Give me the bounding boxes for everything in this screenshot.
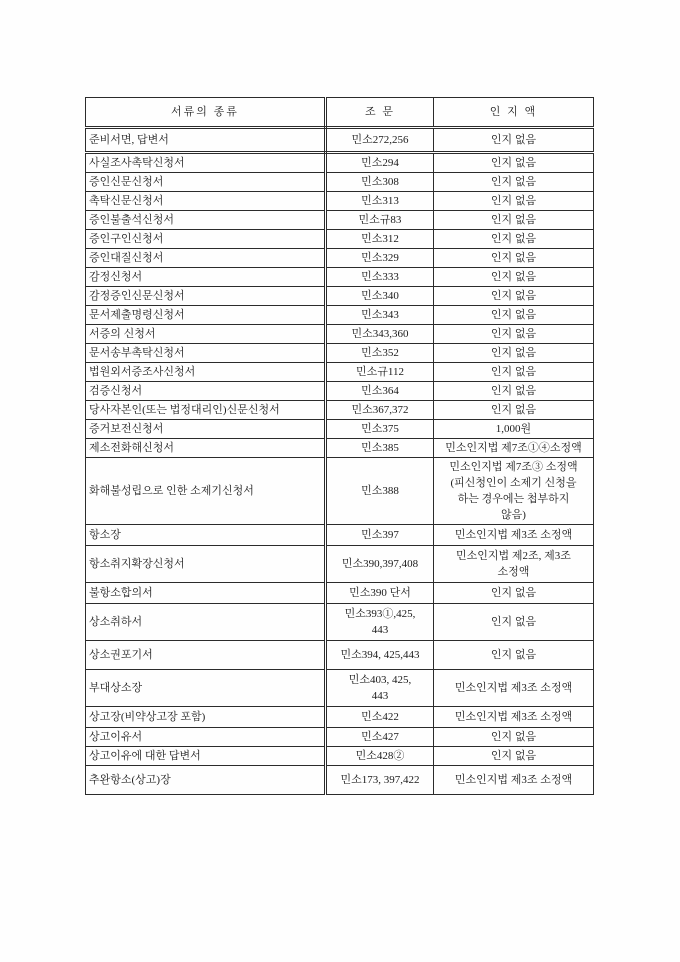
stamp-fee-cell: 인지 없음	[434, 728, 594, 747]
stamp-fee-cell: 민소인지법 제3조 소정액	[434, 525, 594, 546]
stamp-fee-cell: 민소인지법 제2조, 제3조 소정액	[434, 546, 594, 583]
article-cell: 민소308	[326, 173, 434, 192]
table-row: 항소취지확장신청서 민소390,397,408 민소인지법 제2조, 제3조 소…	[86, 546, 594, 583]
article-cell: 민소388	[326, 458, 434, 525]
table-row: 촉탁신문신청서 민소313 인지 없음	[86, 192, 594, 211]
column-header-document-type: 서류의 종류	[86, 98, 326, 128]
document-type-cell: 검증신청서	[86, 382, 326, 401]
stamp-fee-cell: 민소인지법 제7조①④소정액	[434, 439, 594, 458]
stamp-fee-cell: 인지 없음	[434, 401, 594, 420]
stamp-fee-cell: 인지 없음	[434, 153, 594, 173]
table-row: 문서송부촉탁신청서 민소352 인지 없음	[86, 344, 594, 363]
stamp-fee-table: 서류의 종류 조 문 인 지 액 준비서면, 답변서 민소272,256 인지 …	[85, 97, 594, 795]
table-row: 준비서면, 답변서 민소272,256 인지 없음	[86, 128, 594, 153]
stamp-fee-cell: 인지 없음	[434, 382, 594, 401]
document-type-cell: 증인구인신청서	[86, 230, 326, 249]
stamp-fee-cell: 민소인지법 제7조③ 소정액 (피신청인이 소제기 신청을 하는 경우에는 첩부…	[434, 458, 594, 525]
article-cell: 민소313	[326, 192, 434, 211]
stamp-fee-cell: 인지 없음	[434, 344, 594, 363]
table-row: 상소취하서 민소393①,425, 443 인지 없음	[86, 604, 594, 641]
table-row: 증인신문신청서 민소308 인지 없음	[86, 173, 594, 192]
table-row: 부대상소장 민소403, 425, 443 민소인지법 제3조 소정액	[86, 670, 594, 707]
article-cell: 민소428②	[326, 747, 434, 766]
document-type-cell: 항소장	[86, 525, 326, 546]
stamp-fee-cell: 인지 없음	[434, 268, 594, 287]
table-row: 검증신청서 민소364 인지 없음	[86, 382, 594, 401]
stamp-fee-cell: 인지 없음	[434, 287, 594, 306]
stamp-fee-cell: 인지 없음	[434, 363, 594, 382]
table-row: 서증의 신청서 민소343,360 인지 없음	[86, 325, 594, 344]
table-row: 불항소합의서 민소390 단서 인지 없음	[86, 583, 594, 604]
article-cell: 민소343,360	[326, 325, 434, 344]
article-cell: 민소403, 425, 443	[326, 670, 434, 707]
stamp-fee-cell: 인지 없음	[434, 604, 594, 641]
table-row: 화해불성립으로 인한 소제기신청서 민소388 민소인지법 제7조③ 소정액 (…	[86, 458, 594, 525]
article-cell: 민소367,372	[326, 401, 434, 420]
document-type-cell: 감정신청서	[86, 268, 326, 287]
table-row: 항소장 민소397 민소인지법 제3조 소정액	[86, 525, 594, 546]
stamp-fee-cell: 민소인지법 제3조 소정액	[434, 670, 594, 707]
article-cell: 민소397	[326, 525, 434, 546]
document-type-cell: 당사자본인(또는 법정대리인)신문신청서	[86, 401, 326, 420]
document-type-cell: 준비서면, 답변서	[86, 128, 326, 153]
table-row: 문서제출명령신청서 민소343 인지 없음	[86, 306, 594, 325]
document-type-cell: 불항소합의서	[86, 583, 326, 604]
table-row: 증인구인신청서 민소312 인지 없음	[86, 230, 594, 249]
document-type-cell: 상소권포기서	[86, 641, 326, 670]
article-cell: 민소390 단서	[326, 583, 434, 604]
stamp-fee-cell: 1,000원	[434, 420, 594, 439]
table-row: 추완항소(상고)장 민소173, 397,422 민소인지법 제3조 소정액	[86, 766, 594, 795]
stamp-fee-cell: 인지 없음	[434, 583, 594, 604]
document-type-cell: 상고이유서	[86, 728, 326, 747]
stamp-fee-cell: 인지 없음	[434, 306, 594, 325]
document-type-cell: 법원외서증조사신청서	[86, 363, 326, 382]
article-cell: 민소173, 397,422	[326, 766, 434, 795]
document-type-cell: 촉탁신문신청서	[86, 192, 326, 211]
article-cell: 민소393①,425, 443	[326, 604, 434, 641]
article-cell: 민소규83	[326, 211, 434, 230]
document-type-cell: 상고장(비약상고장 포함)	[86, 707, 326, 728]
table-row: 증인불출석신청서 민소규83 인지 없음	[86, 211, 594, 230]
stamp-fee-cell: 인지 없음	[434, 192, 594, 211]
document-type-cell: 문서제출명령신청서	[86, 306, 326, 325]
table-row: 감정증인신문신청서 민소340 인지 없음	[86, 287, 594, 306]
table-row: 법원외서증조사신청서 민소규112 인지 없음	[86, 363, 594, 382]
document-type-cell: 문서송부촉탁신청서	[86, 344, 326, 363]
document-type-cell: 증인불출석신청서	[86, 211, 326, 230]
document-type-cell: 항소취지확장신청서	[86, 546, 326, 583]
stamp-fee-cell: 인지 없음	[434, 211, 594, 230]
document-type-cell: 상고이유에 대한 답변서	[86, 747, 326, 766]
document-page: 서류의 종류 조 문 인 지 액 준비서면, 답변서 민소272,256 인지 …	[0, 0, 680, 962]
stamp-fee-cell: 인지 없음	[434, 128, 594, 153]
article-cell: 민소385	[326, 439, 434, 458]
article-cell: 민소422	[326, 707, 434, 728]
article-cell: 민소394, 425,443	[326, 641, 434, 670]
table-row: 증인대질신청서 민소329 인지 없음	[86, 249, 594, 268]
stamp-fee-cell: 인지 없음	[434, 325, 594, 344]
stamp-fee-cell: 인지 없음	[434, 249, 594, 268]
article-cell: 민소427	[326, 728, 434, 747]
article-cell: 민소340	[326, 287, 434, 306]
document-type-cell: 제소전화해신청서	[86, 439, 326, 458]
article-cell: 민소364	[326, 382, 434, 401]
stamp-fee-cell: 민소인지법 제3조 소정액	[434, 707, 594, 728]
article-cell: 민소294	[326, 153, 434, 173]
table-row: 상고이유서 민소427 인지 없음	[86, 728, 594, 747]
stamp-fee-cell: 민소인지법 제3조 소정액	[434, 766, 594, 795]
table-row: 제소전화해신청서 민소385 민소인지법 제7조①④소정액	[86, 439, 594, 458]
document-type-cell: 증인대질신청서	[86, 249, 326, 268]
document-type-cell: 부대상소장	[86, 670, 326, 707]
table-row: 감정신청서 민소333 인지 없음	[86, 268, 594, 287]
document-type-cell: 화해불성립으로 인한 소제기신청서	[86, 458, 326, 525]
document-type-cell: 서증의 신청서	[86, 325, 326, 344]
article-cell: 민소규112	[326, 363, 434, 382]
table-row: 상고이유에 대한 답변서 민소428② 인지 없음	[86, 747, 594, 766]
article-cell: 민소343	[326, 306, 434, 325]
stamp-fee-cell: 인지 없음	[434, 230, 594, 249]
document-type-cell: 증거보전신청서	[86, 420, 326, 439]
article-cell: 민소352	[326, 344, 434, 363]
document-type-cell: 사실조사촉탁신청서	[86, 153, 326, 173]
table-row: 상고장(비약상고장 포함) 민소422 민소인지법 제3조 소정액	[86, 707, 594, 728]
table-row: 상소권포기서 민소394, 425,443 인지 없음	[86, 641, 594, 670]
article-cell: 민소312	[326, 230, 434, 249]
stamp-fee-cell: 인지 없음	[434, 173, 594, 192]
article-cell: 민소375	[326, 420, 434, 439]
column-header-article: 조 문	[326, 98, 434, 128]
article-cell: 민소390,397,408	[326, 546, 434, 583]
stamp-fee-cell: 인지 없음	[434, 641, 594, 670]
article-cell: 민소329	[326, 249, 434, 268]
table-row: 증거보전신청서 민소375 1,000원	[86, 420, 594, 439]
table-row: 당사자본인(또는 법정대리인)신문신청서 민소367,372 인지 없음	[86, 401, 594, 420]
table-row: 사실조사촉탁신청서 민소294 인지 없음	[86, 153, 594, 173]
article-cell: 민소272,256	[326, 128, 434, 153]
document-type-cell: 증인신문신청서	[86, 173, 326, 192]
document-type-cell: 상소취하서	[86, 604, 326, 641]
document-type-cell: 추완항소(상고)장	[86, 766, 326, 795]
stamp-fee-cell: 인지 없음	[434, 747, 594, 766]
article-cell: 민소333	[326, 268, 434, 287]
header-row: 서류의 종류 조 문 인 지 액	[86, 98, 594, 128]
column-header-stamp-fee: 인 지 액	[434, 98, 594, 128]
document-type-cell: 감정증인신문신청서	[86, 287, 326, 306]
